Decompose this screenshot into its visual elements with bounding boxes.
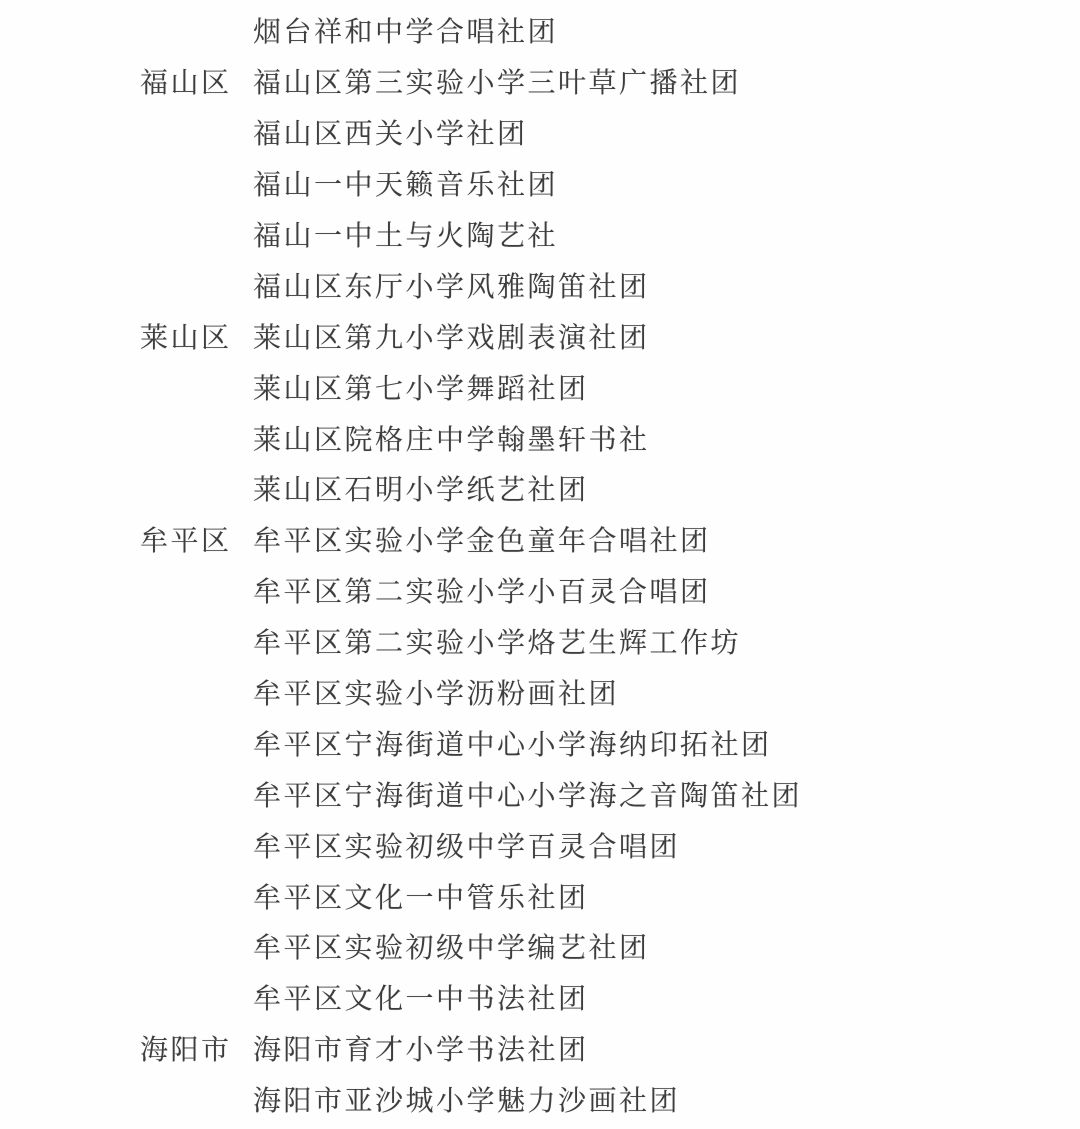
district-label: 牟平区 [140,519,253,559]
club-name: 烟台祥和中学合唱社团 [253,10,1080,50]
club-name: 福山一中土与火陶艺社 [253,214,1080,254]
table-row: 莱山区 莱山区第九小学戏剧表演社团 [140,310,1080,361]
district-label: 福山区 [140,61,253,101]
club-name: 牟平区宁海街道中心小学海纳印拓社团 [253,723,1080,763]
document-page: 烟台祥和中学合唱社团 福山区 福山区第三实验小学三叶草广播社团 福山区西关小学社… [0,0,1080,1129]
table-row: 牟平区宁海街道中心小学海纳印拓社团 [140,717,1080,768]
table-row: 牟平区文化一中书法社团 [140,972,1080,1023]
district-label: 海阳市 [140,1028,253,1068]
table-row: 牟平区宁海街道中心小学海之音陶笛社团 [140,768,1080,819]
table-row: 海阳市亚沙城小学魅力沙画社团 [140,1074,1080,1125]
club-name: 福山区第三实验小学三叶草广播社团 [253,61,1080,101]
table-row: 福山区西关小学社团 [140,107,1080,158]
table-row: 海阳市 海阳市育才小学书法社团 [140,1023,1080,1074]
club-name: 牟平区宁海街道中心小学海之音陶笛社团 [253,774,1080,814]
table-row: 牟平区文化一中管乐社团 [140,870,1080,921]
club-name: 牟平区实验初级中学百灵合唱团 [253,825,1080,865]
table-row: 牟平区第二实验小学烙艺生辉工作坊 [140,616,1080,667]
table-row: 烟台祥和中学合唱社团 [140,5,1080,56]
club-name: 福山一中天籁音乐社团 [253,163,1080,203]
club-name: 牟平区第二实验小学烙艺生辉工作坊 [253,621,1080,661]
club-name: 莱山区第七小学舞蹈社团 [253,367,1080,407]
club-name: 牟平区实验初级中学编艺社团 [253,926,1080,966]
table-row: 牟平区实验初级中学百灵合唱团 [140,819,1080,870]
club-name: 海阳市育才小学书法社团 [253,1028,1080,1068]
table-row: 福山区 福山区第三实验小学三叶草广播社团 [140,56,1080,107]
district-label: 莱山区 [140,316,253,356]
table-row: 福山一中天籁音乐社团 [140,158,1080,209]
table-row: 福山区东厅小学风雅陶笛社团 [140,259,1080,310]
table-row: 牟平区实验初级中学编艺社团 [140,921,1080,972]
table-row: 莱山区院格庄中学翰墨轩书社 [140,412,1080,463]
club-name: 福山区东厅小学风雅陶笛社团 [253,265,1080,305]
club-name: 牟平区实验小学沥粉画社团 [253,672,1080,712]
table-row: 牟平区第二实验小学小百灵合唱团 [140,565,1080,616]
club-name: 牟平区第二实验小学小百灵合唱团 [253,570,1080,610]
table-row: 莱山区第七小学舞蹈社团 [140,361,1080,412]
club-name: 福山区西关小学社团 [253,112,1080,152]
table-row: 牟平区 牟平区实验小学金色童年合唱社团 [140,514,1080,565]
club-name: 牟平区文化一中管乐社团 [253,876,1080,916]
club-list: 烟台祥和中学合唱社团 福山区 福山区第三实验小学三叶草广播社团 福山区西关小学社… [0,0,1080,1125]
club-name: 牟平区文化一中书法社团 [253,977,1080,1017]
table-row: 牟平区实验小学沥粉画社团 [140,667,1080,718]
club-name: 莱山区第九小学戏剧表演社团 [253,316,1080,356]
table-row: 莱山区石明小学纸艺社团 [140,463,1080,514]
club-name: 莱山区院格庄中学翰墨轩书社 [253,418,1080,458]
club-name: 牟平区实验小学金色童年合唱社团 [253,519,1080,559]
club-name: 海阳市亚沙城小学魅力沙画社团 [253,1079,1080,1119]
club-name: 莱山区石明小学纸艺社团 [253,468,1080,508]
table-row: 福山一中土与火陶艺社 [140,209,1080,260]
